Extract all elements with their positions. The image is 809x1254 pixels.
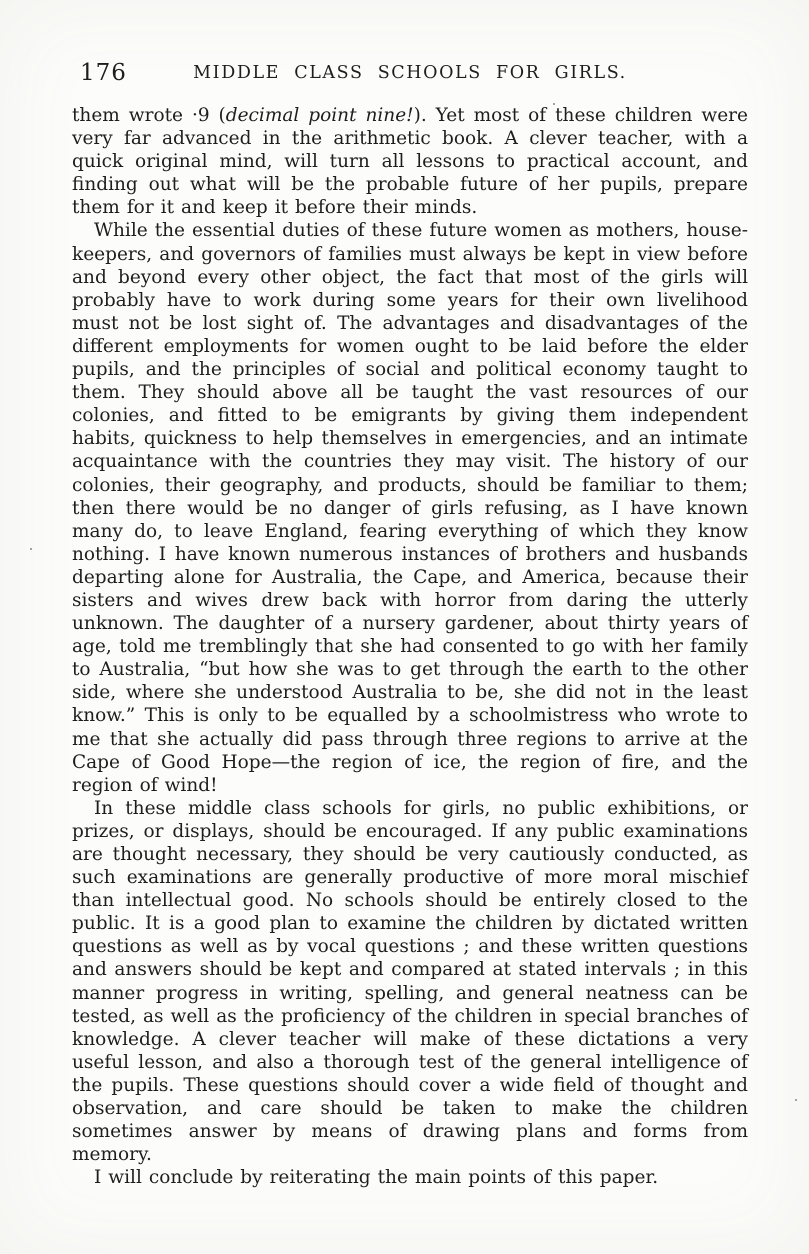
book-page: 176 MIDDLE CLASS SCHOOLS FOR GIRLS. them… bbox=[0, 0, 809, 1254]
paragraph-3: In these middle class schools for girls,… bbox=[72, 797, 748, 1167]
scan-speck bbox=[553, 103, 555, 105]
paragraph-2: While the essential duties of these futu… bbox=[72, 219, 748, 796]
running-header: 176 MIDDLE CLASS SCHOOLS FOR GIRLS. bbox=[72, 60, 748, 90]
running-title: MIDDLE CLASS SCHOOLS FOR GIRLS. bbox=[72, 60, 748, 83]
paragraph-1-italic-phrase: decimal point nine! bbox=[226, 105, 414, 126]
page-number: 176 bbox=[80, 60, 127, 86]
paragraph-4: I will conclude by reiterating the main … bbox=[72, 1166, 748, 1189]
scan-speck bbox=[795, 1099, 797, 1101]
paragraph-1-text-before-italic: them wrote ·9 ( bbox=[72, 105, 226, 126]
page-body: them wrote ·9 (decimal point nine!). Yet… bbox=[72, 104, 748, 1189]
paragraph-1: them wrote ·9 (decimal point nine!). Yet… bbox=[72, 104, 748, 219]
scan-speck bbox=[712, 120, 714, 122]
scan-speck bbox=[30, 548, 32, 550]
